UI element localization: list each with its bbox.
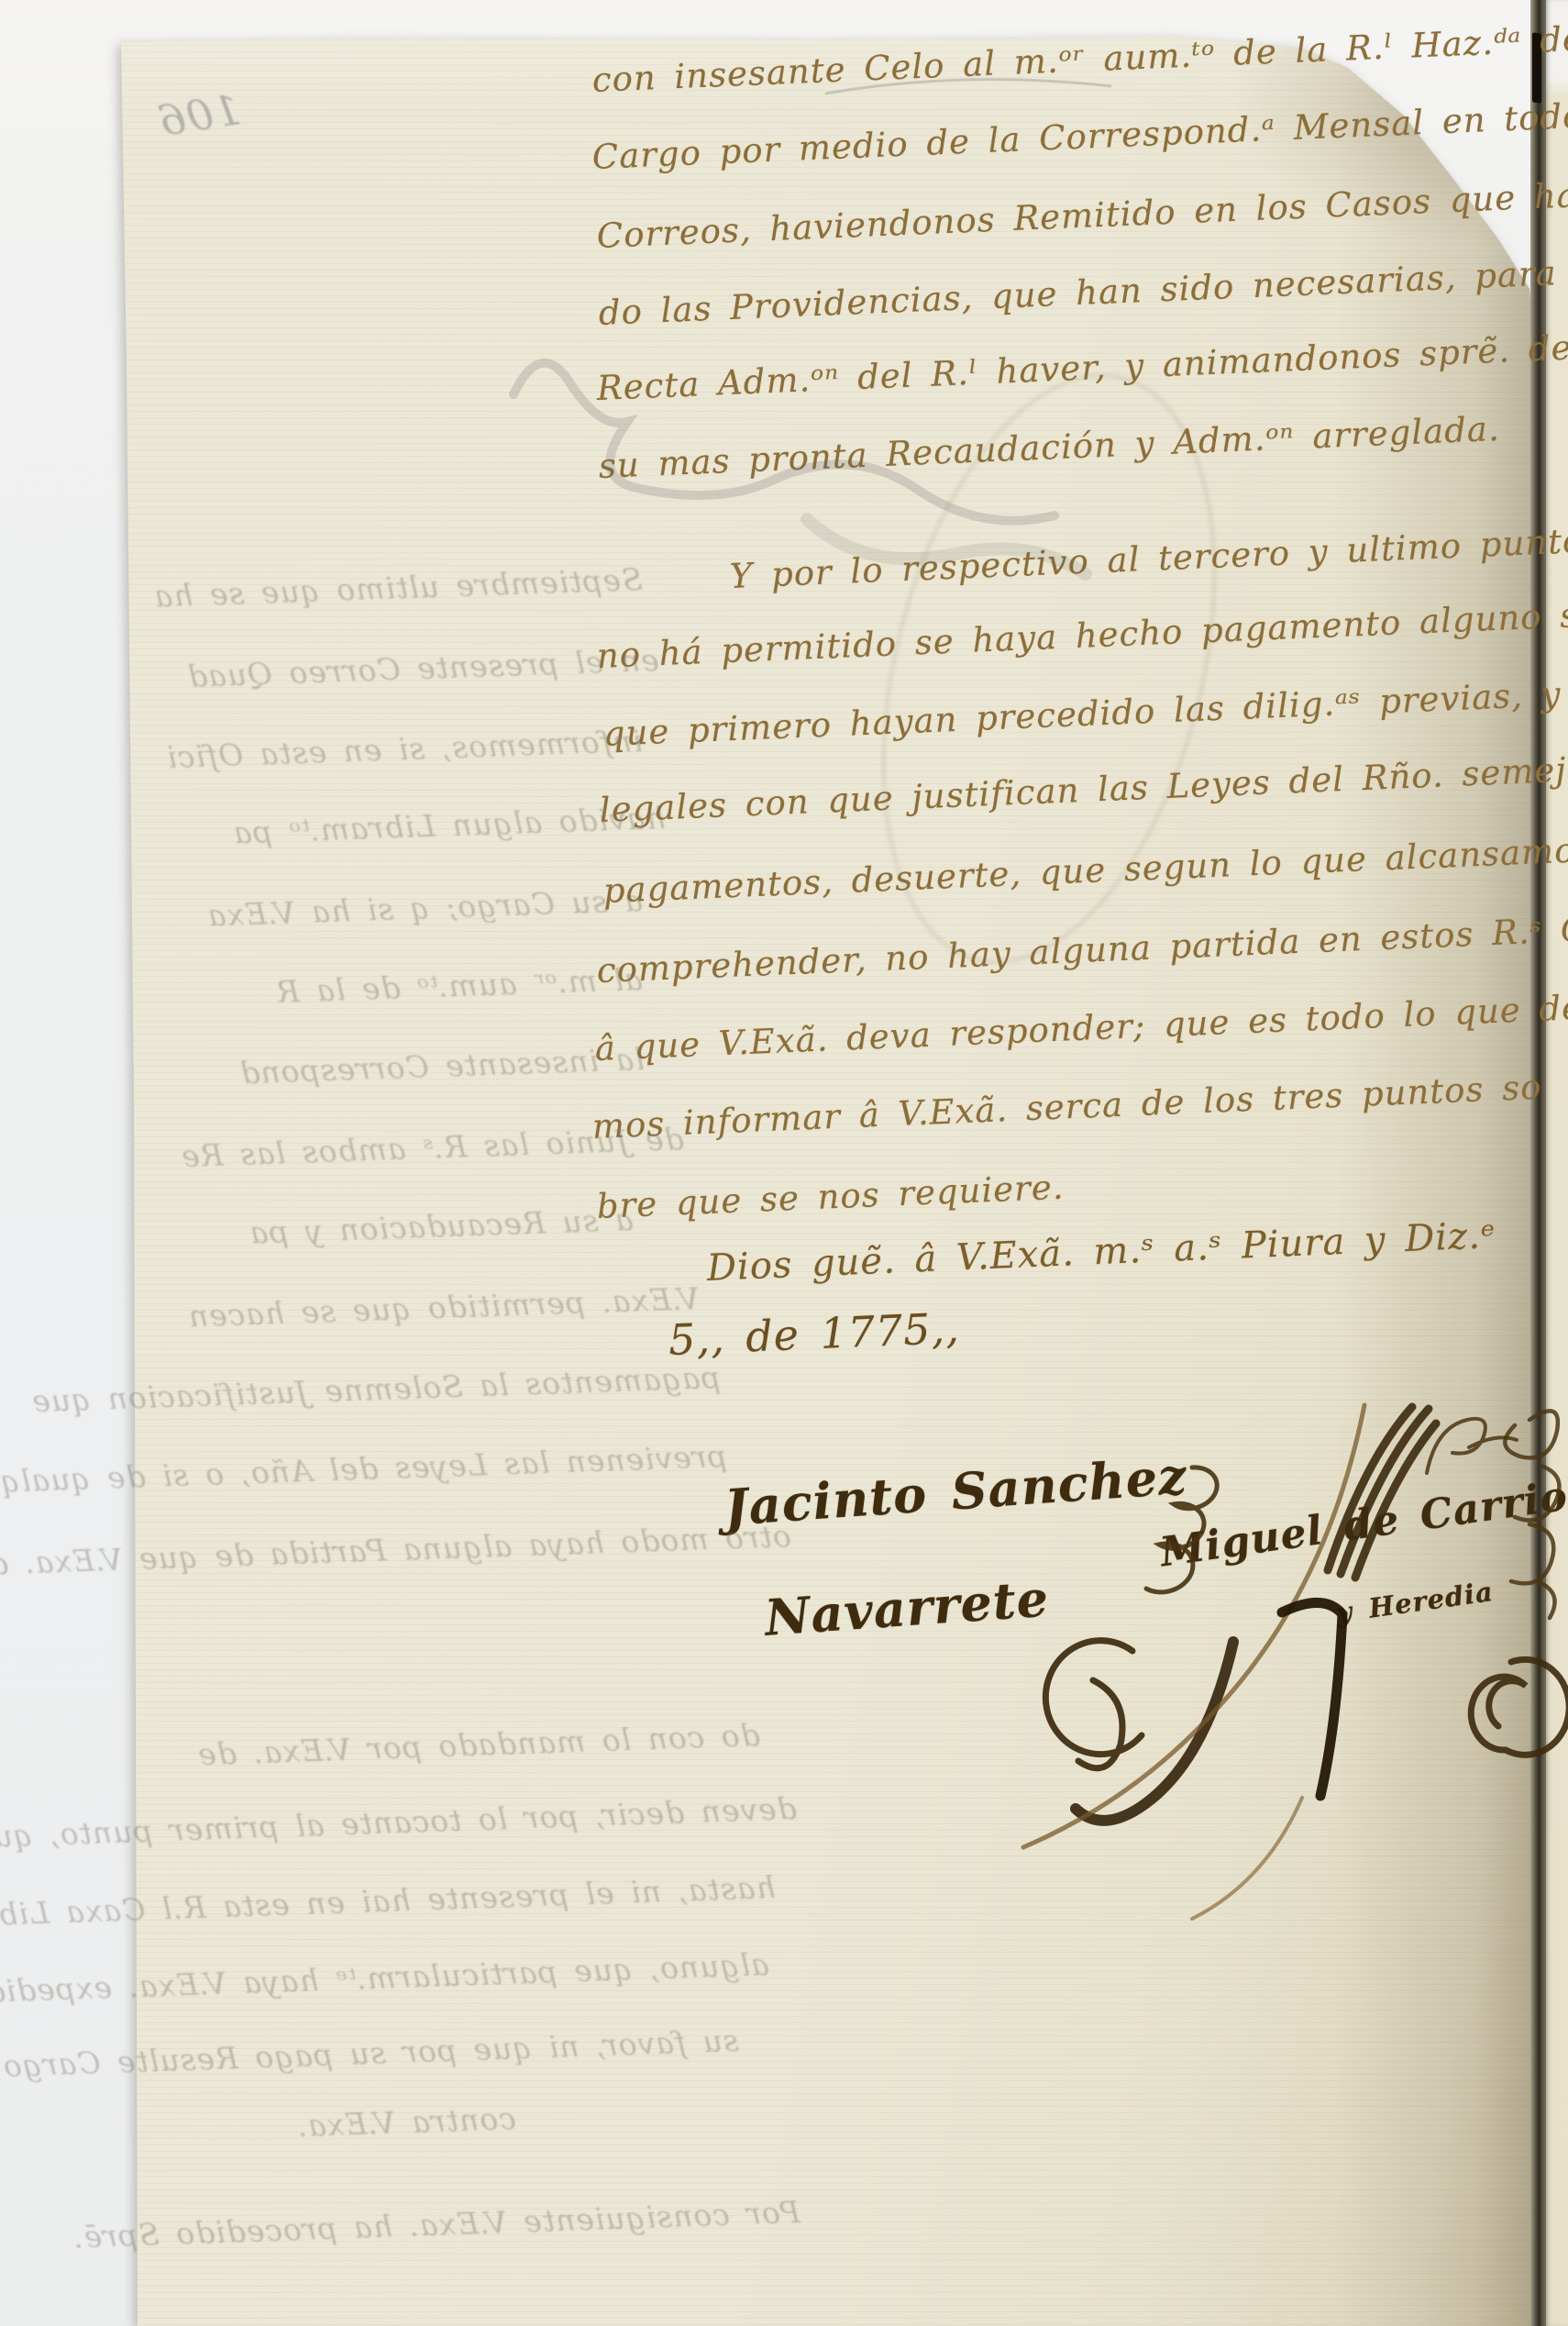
- rubric-descender: [1282, 1602, 1342, 1796]
- rubric-loops-left: [1146, 1468, 1217, 1592]
- rubric-swirl-knot: [1471, 1659, 1568, 1755]
- rubric-heavy-stroke: [1076, 1642, 1233, 1821]
- ghost-rubric-swirl-2: [807, 519, 1086, 574]
- rubric-tail: [1192, 1798, 1302, 1919]
- rubric-long-sweep: [1023, 1405, 1364, 1847]
- manuscript-scan: 106 con insesante Celo al m.ᵒʳ aum.ᵗᵒ de…: [0, 0, 1568, 2326]
- rubric-flourishes: [0, 0, 1568, 2326]
- ghost-rubric-swirl: [513, 363, 1055, 521]
- rubric-knot-left: [1045, 1641, 1142, 1768]
- rubric-edge-loops: [1505, 1411, 1559, 1618]
- rubric-fre-mark: [1427, 1419, 1517, 1473]
- pencil-mark: [825, 80, 1111, 94]
